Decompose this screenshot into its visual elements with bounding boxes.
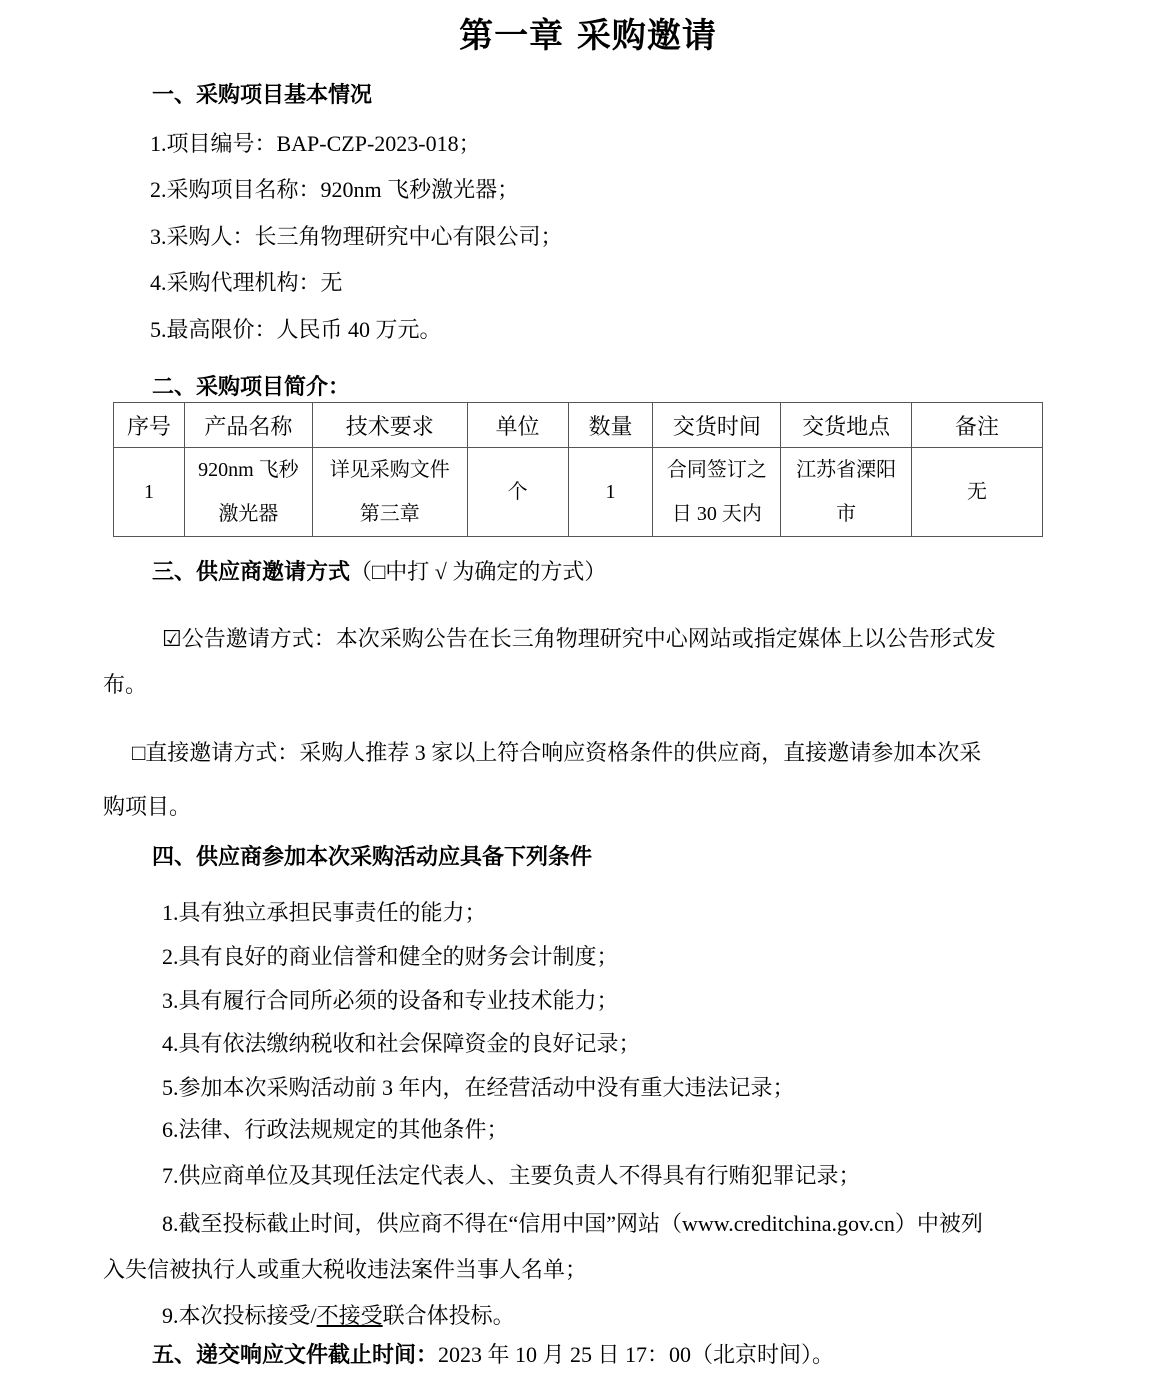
qualification-item-8-line1: 8.截至投标截止时间，供应商不得在“信用中国”网站（www.creditchin… bbox=[162, 1207, 983, 1238]
col-header-no: 序号 bbox=[114, 403, 185, 448]
col-header-unit: 单位 bbox=[467, 403, 568, 448]
cell-tech-req: 详见采购文件 第三章 bbox=[312, 448, 467, 537]
cell-tech-req-line1: 详见采购文件 bbox=[313, 448, 467, 492]
cell-delivery-place-line1: 江苏省溧阳 bbox=[781, 448, 911, 492]
cell-product-name-line1: 920nm 飞秒 bbox=[185, 448, 312, 492]
section5-heading-bold: 五、递交响应文件截止时间： bbox=[152, 1343, 438, 1368]
cell-delivery-time: 合同签订之 日 30 天内 bbox=[653, 448, 781, 537]
purchaser: 3.采购人：长三角物理研究中心有限公司； bbox=[150, 220, 563, 251]
section3-heading-note: （□中打 √ 为确定的方式） bbox=[350, 559, 606, 584]
section-heading-basic-info: 一、采购项目基本情况 bbox=[152, 78, 372, 109]
qualification-item-8-line2: 入失信被执行人或重大税收违法案件当事人名单； bbox=[103, 1253, 587, 1284]
cell-remark: 无 bbox=[912, 448, 1043, 537]
cell-unit: 个 bbox=[467, 448, 568, 537]
col-header-delivery-time: 交货时间 bbox=[653, 403, 781, 448]
submission-deadline: 五、递交响应文件截止时间：2023 年 10 月 25 日 17：00（北京时间… bbox=[152, 1338, 834, 1369]
cell-tech-req-line2: 第三章 bbox=[313, 492, 467, 536]
price-limit: 5.最高限价：人民币 40 万元。 bbox=[150, 313, 442, 344]
section3-heading-bold: 三、供应商邀请方式 bbox=[152, 560, 350, 585]
table-header-row: 序号 产品名称 技术要求 单位 数量 交货时间 交货地点 备注 bbox=[114, 403, 1043, 448]
item9-prefix: 9.本次投标接受/ bbox=[162, 1303, 317, 1328]
direct-invitation-option-line2: 购项目。 bbox=[103, 790, 191, 821]
qualification-item-9: 9.本次投标接受/不接受联合体投标。 bbox=[162, 1299, 515, 1330]
submission-deadline-value: 2023 年 10 月 25 日 17：00（北京时间）。 bbox=[438, 1342, 834, 1367]
section-heading-invitation-method: 三、供应商邀请方式（□中打 √ 为确定的方式） bbox=[152, 555, 606, 586]
cell-delivery-time-line1: 合同签订之 bbox=[653, 448, 780, 492]
project-name: 2.采购项目名称：920nm 飞秒激光器； bbox=[150, 173, 519, 204]
page-title: 第一章 采购邀请 bbox=[0, 8, 1176, 57]
cell-delivery-place: 江苏省溧阳 市 bbox=[781, 448, 912, 537]
qualification-item-6: 6.法律、行政法规规定的其他条件； bbox=[162, 1113, 509, 1144]
cell-product-name: 920nm 飞秒 激光器 bbox=[184, 448, 312, 537]
qualification-item-4: 4.具有依法缴纳税收和社会保障资金的良好记录； bbox=[162, 1027, 641, 1058]
cell-no: 1 bbox=[114, 448, 185, 537]
qualification-item-1: 1.具有独立承担民事责任的能力； bbox=[162, 896, 487, 927]
col-header-product-name: 产品名称 bbox=[184, 403, 312, 448]
cell-product-name-line2: 激光器 bbox=[185, 492, 312, 536]
agency: 4.采购代理机构：无 bbox=[150, 266, 343, 297]
item9-suffix: 联合体投标。 bbox=[383, 1303, 515, 1328]
col-header-tech-req: 技术要求 bbox=[312, 403, 467, 448]
public-invitation-option-line2: 布。 bbox=[103, 668, 147, 699]
cell-delivery-place-line2: 市 bbox=[781, 492, 911, 536]
col-header-delivery-place: 交货地点 bbox=[781, 403, 912, 448]
section-heading-qualifications: 四、供应商参加本次采购活动应具备下列条件 bbox=[152, 840, 592, 871]
item9-underlined-option: 不接受 bbox=[317, 1303, 383, 1328]
col-header-qty: 数量 bbox=[568, 403, 653, 448]
public-invitation-option-line1: ☑公告邀请方式：本次采购公告在长三角物理研究中心网站或指定媒体上以公告形式发 bbox=[162, 622, 996, 653]
qualification-item-3: 3.具有履行合同所必须的设备和专业技术能力； bbox=[162, 984, 619, 1015]
qualification-item-2: 2.具有良好的商业信誉和健全的财务会计制度； bbox=[162, 940, 619, 971]
table-row: 1 920nm 飞秒 激光器 详见采购文件 第三章 个 1 合同签订之 日 30… bbox=[114, 448, 1043, 537]
section-heading-project-brief: 二、采购项目简介： bbox=[152, 370, 350, 401]
qualification-item-7: 7.供应商单位及其现任法定代表人、主要负责人不得具有行贿犯罪记录； bbox=[162, 1159, 861, 1190]
project-number: 1.项目编号：BAP-CZP-2023-018； bbox=[150, 127, 481, 158]
procurement-table: 序号 产品名称 技术要求 单位 数量 交货时间 交货地点 备注 1 920nm … bbox=[113, 402, 1043, 537]
cell-delivery-time-line2: 日 30 天内 bbox=[653, 492, 780, 536]
direct-invitation-option-line1: □直接邀请方式：采购人推荐 3 家以上符合响应资格条件的供应商，直接邀请参加本次… bbox=[132, 736, 981, 767]
qualification-item-5: 5.参加本次采购活动前 3 年内，在经营活动中没有重大违法记录； bbox=[162, 1071, 795, 1102]
cell-qty: 1 bbox=[568, 448, 653, 537]
col-header-remark: 备注 bbox=[912, 403, 1043, 448]
